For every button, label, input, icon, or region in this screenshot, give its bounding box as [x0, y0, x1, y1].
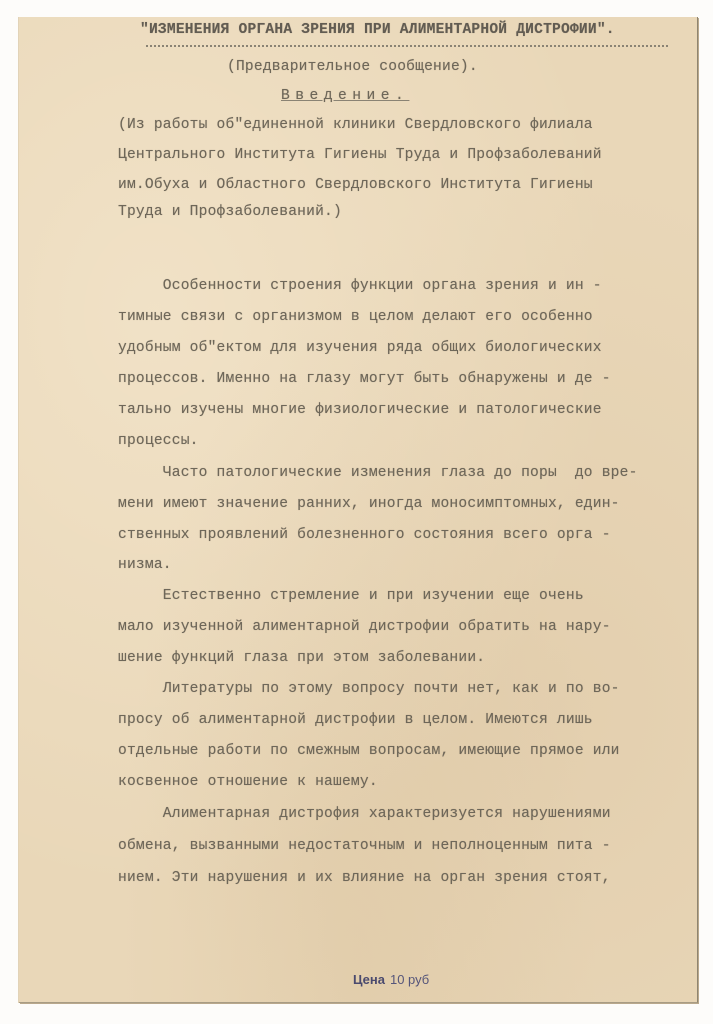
body-text-line: процессы.	[118, 433, 199, 449]
body-text-line: процессов. Именно на глазу могут быть об…	[118, 371, 611, 387]
body-text-line: обмена, вызванными недостаточным и непол…	[118, 838, 611, 854]
body-text-line: тимные связи с организмом в целом делают…	[118, 309, 593, 325]
body-text-line: ственных проявлений болезненного состоян…	[118, 527, 611, 543]
body-text-line: удобным об"ектом для изучения ряда общих…	[118, 340, 602, 356]
document-title: "ИЗМЕНЕНИЯ ОРГАНА ЗРЕНИЯ ПРИ АЛИМЕНТАРНО…	[140, 22, 615, 38]
body-text-line: косвенное отношение к нашему.	[118, 774, 378, 790]
affiliation-line: им.Обуха и Областного Свердловского Инст…	[118, 177, 593, 193]
body-text-line: Естественно стремление и при изучении ещ…	[118, 588, 584, 604]
body-text-line: Часто патологические изменения глаза до …	[118, 465, 638, 481]
body-text-line: тально изучены многие физиологические и …	[118, 402, 602, 418]
body-text-line: нием. Эти нарушения и их влияние на орга…	[118, 870, 611, 886]
body-text-line: отдельные работи по смежным вопросам, им…	[118, 743, 620, 759]
body-text-line: шение функций глаза при этом заболевании…	[118, 650, 485, 666]
price-value: 10 руб	[390, 972, 429, 987]
body-text-line: низма.	[118, 557, 172, 573]
body-text-line: мени имеют значение ранних, иногда монос…	[118, 496, 620, 512]
price-label: Цена	[353, 972, 385, 987]
body-text-line: просу об алиментарной дистрофии в целом.…	[118, 712, 593, 728]
body-text-line: Алиментарная дистрофия характеризуется н…	[118, 806, 611, 822]
document-subtitle: (Предварительное сообщение).	[227, 59, 478, 75]
price-stamp: Цена10 руб	[353, 972, 429, 987]
affiliation-line: Труда и Профзаболеваний.)	[118, 204, 342, 220]
body-text-line: Литературы по этому вопросу почти нет, к…	[118, 681, 620, 697]
affiliation-line: (Из работы об"единенной клиники Свердлов…	[118, 117, 593, 133]
section-heading: Введение.	[281, 88, 409, 104]
body-text-line: мало изученной алиментарной дистрофии об…	[118, 619, 611, 635]
title-underline-divider	[146, 45, 668, 47]
affiliation-line: Центрального Института Гигиены Труда и П…	[118, 147, 602, 163]
body-text-line: Особенности строения функции органа зрен…	[118, 278, 602, 294]
